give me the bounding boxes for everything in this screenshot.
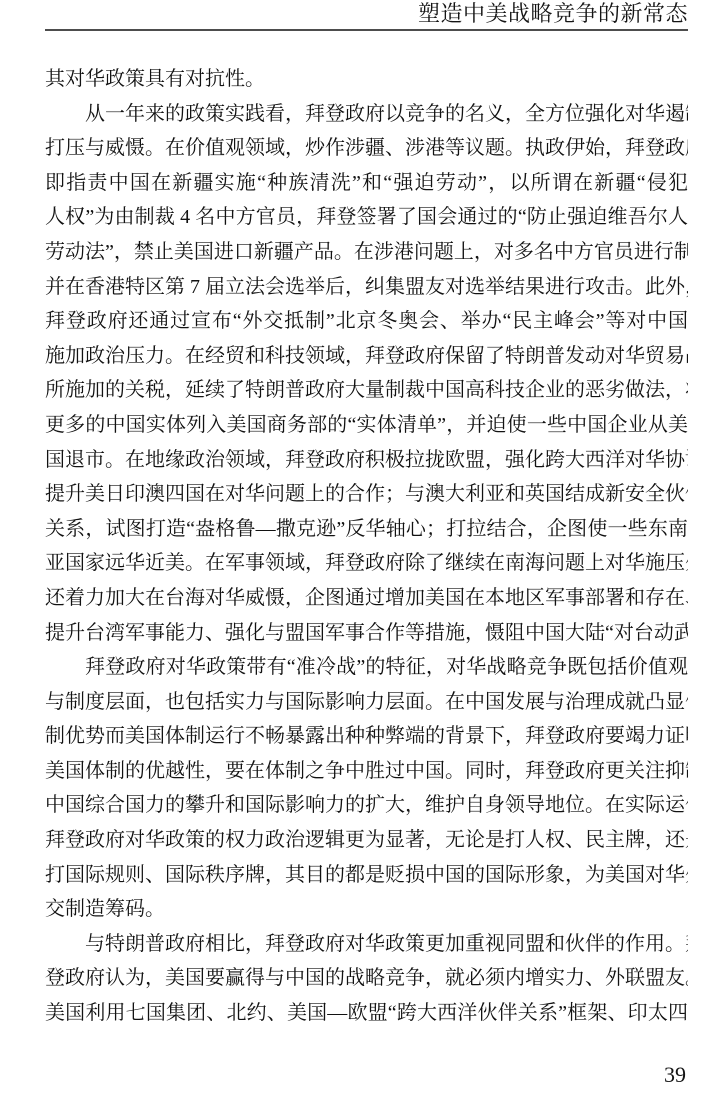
paragraph-2: 从一年来的政策实践看，拜登政府以竞争的名义，全方位强化对华遏制、打压与威慑。在价… [45,97,688,651]
text-line: 中国综合国力的攀升和国际影响力的扩大，维护自身领导地位。在实际运作中， [45,788,688,823]
text-line: 施加政治压力。在经贸和科技领域，拜登政府保留了特朗普发动对华贸易战 [45,339,688,374]
text-line: 从一年来的政策实践看，拜登政府以竞争的名义，全方位强化对华遏制、 [45,97,688,132]
text-line: 打压与威慑。在价值观领域，炒作涉疆、涉港等议题。执政伊始，拜登政府 [45,131,688,166]
text-line: 拜登政府对华政策带有“准冷战”的特征，对华战略竞争既包括价值观 [45,650,688,685]
paragraph-3: 拜登政府对华政策带有“准冷战”的特征，对华战略竞争既包括价值观与制度层面，也包括… [45,650,688,927]
page-footer: 39 [45,1062,686,1088]
page-header: 塑造中美战略竞争的新常态 [45,0,688,31]
text-line: 打国际规则、国际秩序牌，其目的都是贬损中国的国际形象，为美国对华外 [45,858,688,893]
header-rule [45,29,688,31]
text-line: 提升台湾军事能力、强化与盟国军事合作等措施，慑阻中国大陆“对台动武”。 [45,616,688,651]
text-line: 更多的中国实体列入美国商务部的“实体清单”，并迫使一些中国企业从美 [45,408,688,443]
text-line: 提升美日印澳四国在对华问题上的合作；与澳大利亚和英国结成新安全伙伴 [45,477,688,512]
running-title: 塑造中美战略竞争的新常态 [45,0,688,27]
text-line: 拜登政府对华政策的权力政治逻辑更为显著，无论是打人权、民主牌，还是 [45,823,688,858]
text-line: 即指责中国在新疆实施“种族清洗”和“强迫劳动”，以所谓在新疆“侵犯 [45,166,688,201]
paragraph-1: 其对华政策具有对抗性。 [45,62,688,97]
text-line: 登政府认为，美国要赢得与中国的战略竞争，就必须内增实力、外联盟友。 [45,961,688,996]
page-number: 39 [664,1062,686,1087]
text-line: 美国体制的优越性，要在体制之争中胜过中国。同时，拜登政府更关注抑制 [45,754,688,789]
paragraph-4: 与特朗普政府相比，拜登政府对华政策更加重视同盟和伙伴的作用。拜登政府认为，美国要… [45,927,688,1031]
text-line: 制优势而美国体制运行不畅暴露出种种弊端的背景下，拜登政府要竭力证明 [45,719,688,754]
document-page: 塑造中美战略竞争的新常态 其对华政策具有对抗性。从一年来的政策实践看，拜登政府以… [0,0,727,1093]
text-line: 拜登政府还通过宣布“外交抵制”北京冬奥会、举办“民主峰会”等对中国 [45,304,688,339]
text-line: 亚国家远华近美。在军事领域，拜登政府除了继续在南海问题上对华施压外， [45,546,688,581]
body-text: 其对华政策具有对抗性。从一年来的政策实践看，拜登政府以竞争的名义，全方位强化对华… [45,62,688,1031]
text-line: 并在香港特区第 7 届立法会选举后，纠集盟友对选举结果进行攻击。此外， [45,270,688,305]
text-line: 关系，试图打造“盎格鲁—撒克逊”反华轴心；打拉结合，企图使一些东南 [45,512,688,547]
text-line: 交制造筹码。 [45,892,688,927]
text-line: 劳动法”，禁止美国进口新疆产品。在涉港问题上，对多名中方官员进行制裁， [45,235,688,270]
text-line: 所施加的关税，延续了特朗普政府大量制裁中国高科技企业的恶劣做法，将 [45,373,688,408]
text-line: 其对华政策具有对抗性。 [45,62,688,97]
text-line: 与制度层面，也包括实力与国际影响力层面。在中国发展与治理成就凸显体 [45,685,688,720]
text-line: 还着力加大在台海对华威慑，企图通过增加美国在本地区军事部署和存在、 [45,581,688,616]
text-line: 国退市。在地缘政治领域，拜登政府积极拉拢欧盟，强化跨大西洋对华协调； [45,443,688,478]
text-line: 美国利用七国集团、北约、美国—欧盟“跨大西洋伙伴关系”框架、印太四 [45,996,688,1031]
text-line: 与特朗普政府相比，拜登政府对华政策更加重视同盟和伙伴的作用。拜 [45,927,688,962]
text-line: 人权”为由制裁 4 名中方官员，拜登签署了国会通过的“防止强迫维吾尔人 [45,200,688,235]
